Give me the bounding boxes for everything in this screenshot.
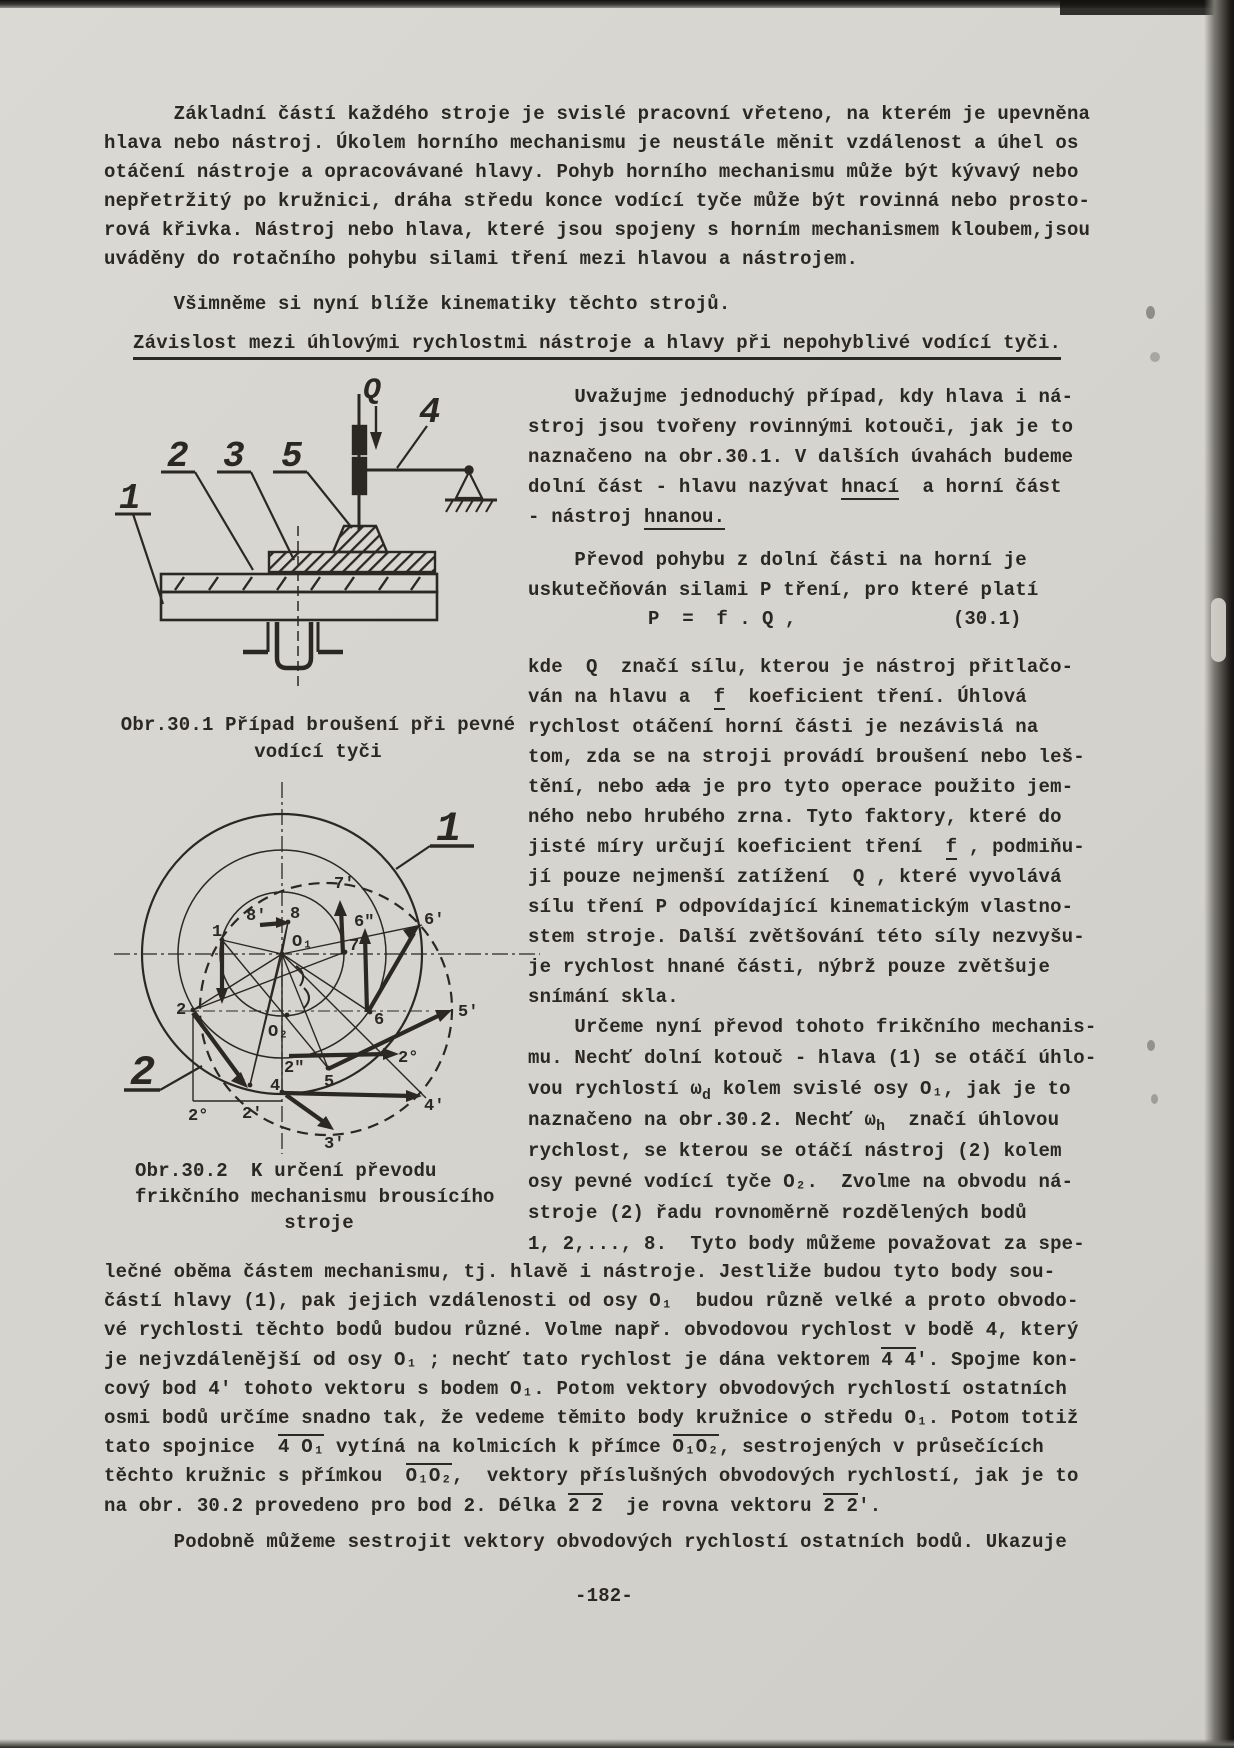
text-line: stroj jsou tvořeny rovinnými kotouči, ja… [528,412,1108,442]
fig2-label-O1: O₁ [292,933,312,952]
text-line: Základní částí každého stroje je svislé … [104,100,1110,129]
equation-number: (30.1) [953,608,1021,630]
fig2-label-8: 8 [290,905,300,924]
text-line: jí pouze nejmenší zatížení Q , které vyv… [528,862,1108,892]
column-paragraph-3: kde Q značí sílu, kterou je nástroj přit… [528,652,1108,1012]
page-number: -182- [104,1585,1104,1607]
text-line: - nástroj hnanou. [528,502,1108,532]
column-paragraph-2: Převod pohybu z dolní části na horní jeu… [528,545,1108,605]
fig2-label-4prime: 4′ [424,1097,444,1116]
text-line: Určeme nyní převod tohoto frikčního mech… [528,1012,1108,1043]
fig2-label-3prime: 3′ [324,1135,344,1154]
scan-edge-bottom [0,1739,1234,1748]
scan-artifact [1147,1040,1155,1051]
figure-obr-30-1: Q 4 2 3 5 1 [105,350,525,712]
fig2-label-O2: O₂ [268,1023,288,1042]
text-line: vou rychlostí ωd kolem svislé osy O₁, ja… [528,1074,1108,1105]
text-line: ván na hlavu a f koeficient tření. Úhlov… [528,682,1108,712]
fig2-label-6: 6 [374,1011,384,1030]
text-line: cový bod 4′ tohoto vektoru s bodem O₁. P… [104,1375,1110,1404]
figure-obr-30-2: 8′ 8 7′ 7 6″ 6′ 1 O₁ 2 O₂ 6 5′ 5 2″ 2° 4… [100,772,550,1158]
text-line: tění, nebo ada je pro tyto operace použi… [528,772,1108,802]
fig1-label-5: 5 [281,436,303,477]
text-line: Převod pohybu z dolní části na horní je [528,545,1108,575]
text-line: rychlost otáčení horní části je nezávisl… [528,712,1108,742]
text-line: tato spojnice 4 O₁ vytíná na kolmicích k… [104,1433,1110,1462]
fig1-label-Q: Q [363,374,381,408]
fig2-label-2prime: 2′ [242,1105,262,1124]
fig2-label-2dblprime: 2″ [284,1059,304,1078]
text-line: vodící tyči [118,739,518,766]
fig2-label-5prime: 5′ [458,1003,478,1022]
text-line: je nejvzdálenější od osy O₁ ; nechť tato… [104,1346,1110,1375]
column-paragraph-1: Uvažujme jednoduchý případ, kdy hlava i … [528,382,1108,532]
fig2-label-7prime: 7′ [334,875,354,894]
text-line: jisté míry určují koeficient tření f , p… [528,832,1108,862]
scan-edge-top [0,0,1234,8]
text-line: Podobně můžeme sestrojit vektory obvodov… [104,1528,1110,1557]
fig1-label-3: 3 [223,436,245,477]
text-line: tom, zda se na stroji provádí broušení n… [528,742,1108,772]
text-line: Uvažujme jednoduchý případ, kdy hlava i … [528,382,1108,412]
scan-artifact [1146,306,1155,319]
text-line: je rychlost hnané části, nýbrž pouze zvě… [528,952,1108,982]
fig2-label-4: 4 [270,1077,280,1096]
fig1-label-2: 2 [167,436,189,477]
text-line: Obr.30.1 Případ broušení při pevné [118,712,518,739]
text-line: rychlost, se kterou se otáčí nástroj (2)… [528,1136,1108,1167]
text-line: vé rychlosti těchto bodů budou různé. Vo… [104,1316,1110,1345]
closing-sentence: Podobně můžeme sestrojit vektory obvodov… [104,1528,1110,1557]
text-line: frikčního mechanismu brousícího [135,1184,503,1210]
text-line: rová křivka. Nástroj nebo hlava, které j… [104,216,1110,245]
bottom-paragraph: lečné oběma částem mechanismu, tj. hlavě… [104,1258,1110,1521]
fig1-label-4: 4 [419,392,441,433]
text-line: mu. Nechť dolní kotouč - hlava (1) se ot… [528,1043,1108,1074]
text-line: na obr. 30.2 provedeno pro bod 2. Délka … [104,1492,1110,1521]
text-line: naznačeno na obr.30.1. V dalších úvahách… [528,442,1108,472]
scan-artifact [1150,352,1160,362]
fig2-label-7: 7 [349,937,359,956]
text-line: hlava nebo nástroj. Úkolem horního mecha… [104,129,1110,158]
equation-30-1: P = f . Q , [648,608,796,630]
text-line: dolní část - hlavu nazývat hnací a horní… [528,472,1108,502]
text-line: otáčení nástroje a opracovávané hlavy. P… [104,158,1110,187]
text-line: stem stroje. Další zvětšování této síly … [528,922,1108,952]
intro-paragraph: Základní částí každého stroje je svislé … [104,100,1110,274]
text-line: Všimněme si nyní blíže kinematiky těchto… [104,290,1110,319]
fig2-part-label-1: 1 [436,805,461,853]
page-number-text: -182- [575,1585,633,1607]
text-line: naznačeno na obr.30.2. Nechť ωh značí úh… [528,1105,1108,1136]
text-line: uváděny do rotačního pohybu silami tření… [104,245,1110,274]
text-line: ného nebo hrubého zrna. Tyto faktory, kt… [528,802,1108,832]
text-line: stroje [135,1210,503,1236]
fig2-label-6prime: 6′ [424,911,444,930]
fig2-label-2deg-right: 2° [398,1049,418,1068]
figure-30-1-caption: Obr.30.1 Případ broušení při pevnévodící… [118,712,518,766]
fig2-label-6dblprime: 6″ [354,913,374,932]
scan-edge-right [1204,0,1234,1748]
scan-paper-tear [1211,598,1226,662]
fig2-label-2deg-left: 2° [188,1107,208,1126]
fig2-part-label-2: 2 [130,1049,155,1097]
text-line: částí hlavy (1), pak jejich vzdálenosti … [104,1287,1110,1316]
text-line: stroje (2) řadu rovnoměrně rozdělených b… [528,1198,1108,1229]
text-line: snímání skla. [528,982,1108,1012]
text-line: lečné oběma částem mechanismu, tj. hlavě… [104,1258,1110,1287]
text-line: Obr.30.2 K určení převodu [135,1158,503,1184]
fig2-label-point2: 2 [176,1001,186,1020]
note-sentence: Všimněme si nyní blíže kinematiky těchto… [104,290,1110,319]
column-paragraph-4: Určeme nyní převod tohoto frikčního mech… [528,1012,1108,1260]
figure-30-2-caption: Obr.30.2 K určení převodufrikčního mecha… [135,1158,503,1236]
text-line: kde Q značí sílu, kterou je nástroj přit… [528,652,1108,682]
fig2-label-8prime: 8′ [246,907,266,926]
fig2-label-5: 5 [324,1073,334,1092]
text-line: uskutečňován silami P tření, pro které p… [528,575,1108,605]
text-line: sílu tření P odpovídající kinematickým v… [528,892,1108,922]
text-line: osmi bodů určíme snadno tak, že vedeme t… [104,1404,1110,1433]
text-line: nepřetržitý po kružnici, dráha středu ko… [104,187,1110,216]
text-line: těchto kružnic s přímkou O₁O₂, vektory p… [104,1462,1110,1491]
text-line: osy pevné vodící tyče O₂. Zvolme na obvo… [528,1167,1108,1198]
fig1-label-1: 1 [119,478,141,519]
fig2-label-point1: 1 [212,923,222,942]
scan-artifact [1151,1094,1158,1104]
text-line: 1, 2,..., 8. Tyto body můžeme považovat … [528,1229,1108,1260]
scanned-document-page: Základní částí každého stroje je svislé … [0,0,1234,1748]
